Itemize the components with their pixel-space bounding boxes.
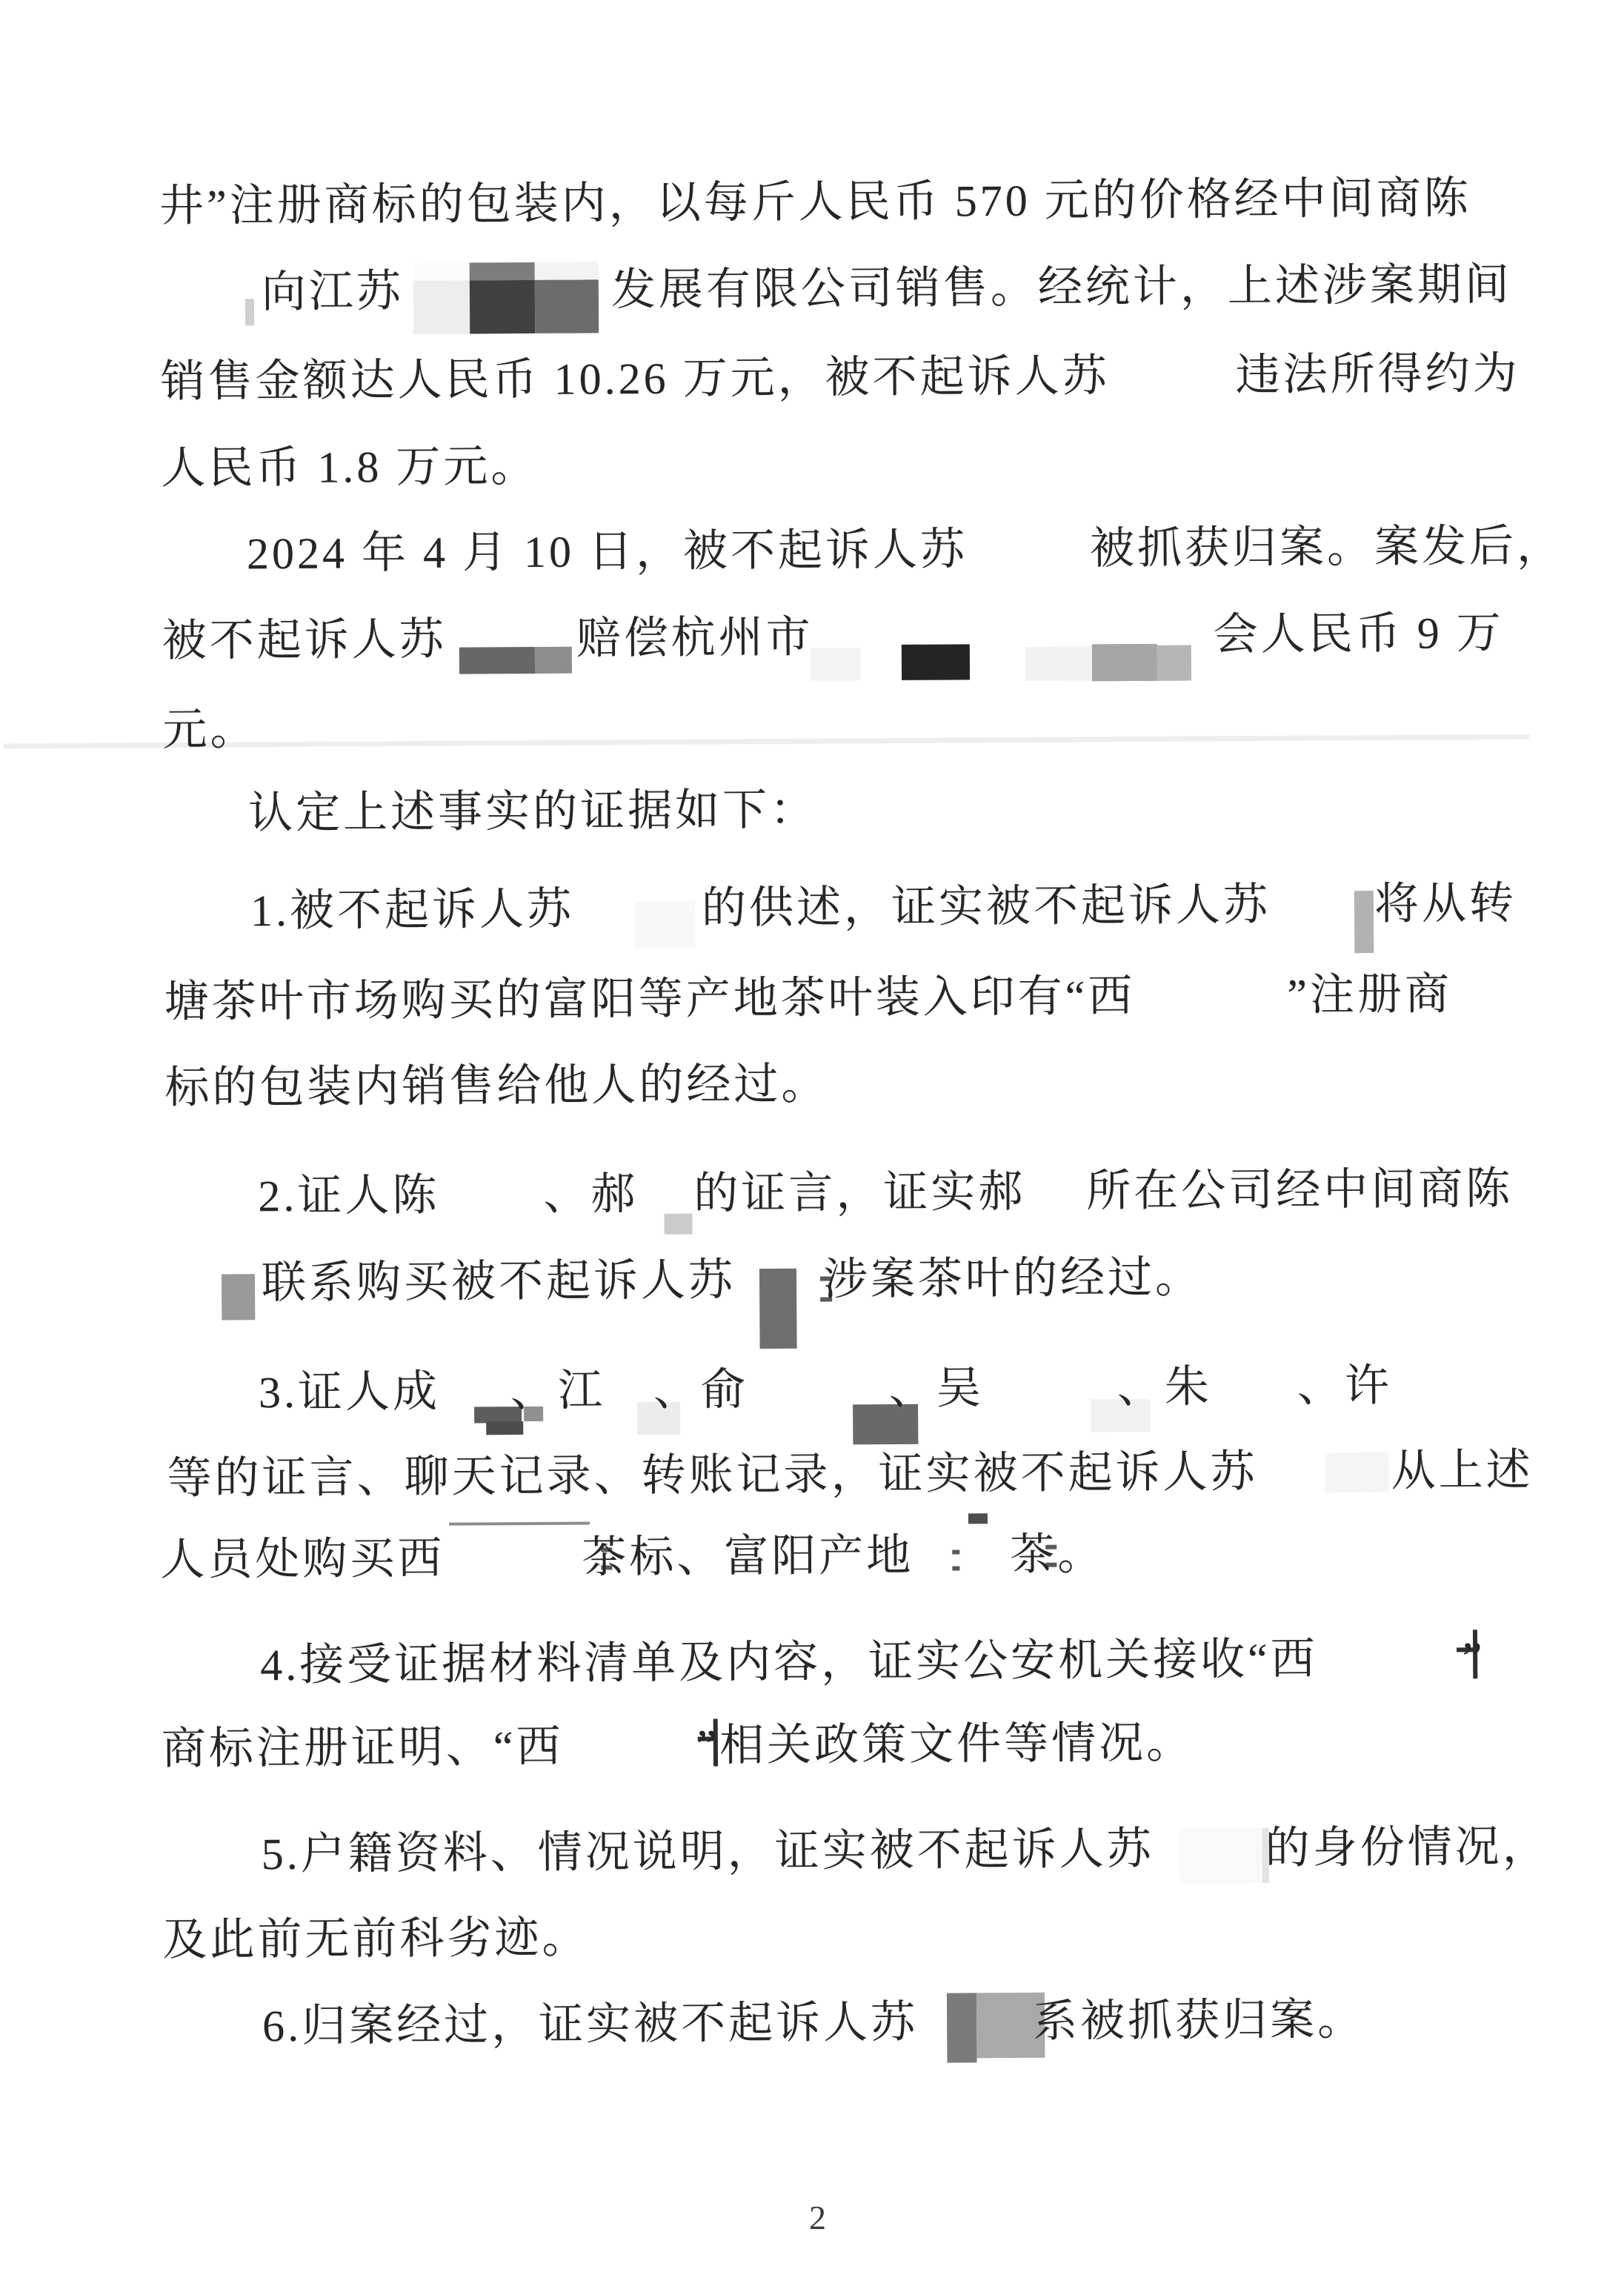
text-run: 元。 <box>162 705 257 754</box>
redaction-gap <box>913 1568 1010 1570</box>
text-run: 从上述 <box>1391 1446 1533 1495</box>
text-run: 会人民币 9 万 <box>1214 608 1504 659</box>
redaction-gap <box>748 1402 889 1404</box>
redaction-gap <box>736 1293 823 1295</box>
text-line: 人员处购买西茶标、富阳产地茶。 <box>160 1528 1105 1586</box>
redaction-gap <box>813 648 1214 651</box>
redaction-gap <box>1258 1484 1391 1487</box>
redaction-gap <box>404 303 611 306</box>
text-line: 2.证人陈、郝的证言，证实郝所在公司经中间商陈 <box>258 1163 1513 1222</box>
text-line: 认定上述事实的证据如下： <box>248 784 817 840</box>
text-run: 4.接受证据材料清单及内容，证实公安机关接收“西 <box>260 1635 1318 1690</box>
text-line: 5.户籍资料、情况说明，证实被不起诉人苏的身份情况， <box>262 1821 1550 1881</box>
text-run: 违法所得约为 <box>1235 349 1520 399</box>
redaction-gap <box>1154 1861 1265 1864</box>
text-run: 、许 <box>1297 1361 1392 1411</box>
text-run: 6.归案经过，证实被不起诉人苏 <box>262 1998 918 2050</box>
text-run: 2.证人陈 <box>258 1171 439 1220</box>
text-run: 联系购买被不起诉人苏 <box>262 1255 736 1307</box>
text-run: 被不起诉人苏 <box>162 615 447 665</box>
partial-character-remnant <box>245 299 254 325</box>
text-run: 及此前无前科劣迹。 <box>162 1913 589 1965</box>
text-run: 、俞 <box>653 1365 748 1415</box>
scan-artifact-line <box>449 1522 590 1526</box>
page-content: 井”注册商标的包装内，以每斤人民币 570 元的价格经中间商陈向江苏发展有限公司… <box>0 0 1624 2295</box>
text-run: 塘茶叶市场购买的富阳等产地茶叶装入印有“西 <box>164 972 1136 1026</box>
text-run: 被抓获归案。案发后， <box>1090 521 1564 573</box>
text-line: 及此前无前科劣迹。 <box>162 1912 589 1967</box>
text-run: 、朱 <box>1117 1362 1212 1412</box>
text-run: 的身份情况， <box>1265 1822 1550 1873</box>
text-line: 6.归案经过，证实被不起诉人苏系被抓获归案。 <box>262 1993 1365 2052</box>
text-run: 销售金额达人民币 10.26 万元，被不起诉人苏 <box>160 351 1109 406</box>
text-run: 5.户籍资料、情况说明，证实被不起诉人苏 <box>262 1824 1154 1879</box>
text-run: 2024 年 4 月 10 日，被不起诉人苏 <box>247 525 968 578</box>
text-run: 井”注册商标的包装内，以每斤人民币 570 元的价格经中间商陈 <box>159 173 1471 230</box>
text-run: 、郝 <box>543 1169 638 1219</box>
pixelated-redaction <box>222 1274 255 1320</box>
text-run: 人民币 1.8 万元。 <box>161 442 538 493</box>
redaction-gap <box>1025 1204 1086 1206</box>
text-run: 3.证人成 <box>259 1367 440 1417</box>
text-run: 标的包装内销售给他人的经过。 <box>164 1060 828 1112</box>
page-number: 2 <box>809 2198 826 2237</box>
text-run: 认定上述事实的证据如下： <box>248 786 817 838</box>
text-line: 2024 年 4 月 10 日，被不起诉人苏被抓获归案。案发后， <box>247 519 1564 579</box>
text-line: 塘茶叶市场购买的富阳等产地茶叶装入印有“西”注册商 <box>164 968 1453 1028</box>
redaction-gap <box>1110 388 1236 391</box>
text-run: 的供述，证实被不起诉人苏 <box>702 880 1271 933</box>
redaction-gap <box>984 1401 1117 1403</box>
text-line: 联系购买被不起诉人苏涉案茶叶的经过。 <box>262 1251 1202 1309</box>
text-run: 人员处购买西 <box>160 1534 445 1584</box>
redaction-gap <box>1318 1671 1462 1673</box>
text-line: 4.接受证据材料清单及内容，证实公安机关接收“西” <box>260 1632 1485 1691</box>
text-run: 发展有限公司销售。经统计，上述涉案期间 <box>611 260 1512 314</box>
redaction-gap <box>1212 1400 1297 1402</box>
text-run: ”注册商 <box>1287 969 1452 1019</box>
redaction-gap <box>918 2035 1033 2037</box>
text-line: 等的证言、聊天记录、转账记录，证实被不起诉人苏从上述 <box>167 1444 1533 1504</box>
text-run: 将从转 <box>1374 879 1517 929</box>
redaction-gap <box>1271 917 1374 920</box>
text-run: 茶标、富阳产地 <box>582 1531 913 1582</box>
text-run: 的证言，证实郝 <box>693 1167 1025 1218</box>
pixelated-redaction <box>486 1421 523 1435</box>
redaction-gap <box>447 652 576 654</box>
text-run: 商标注册证明、“西 <box>162 1722 564 1773</box>
text-run: 茶。 <box>1010 1530 1105 1579</box>
text-run: ”相关政策文件等情况。 <box>696 1718 1194 1770</box>
text-line: 销售金额达人民币 10.26 万元，被不起诉人苏违法所得约为 <box>160 348 1520 408</box>
redaction-gap <box>564 1759 697 1761</box>
redaction-gap <box>605 1404 653 1405</box>
text-run: 、江 <box>510 1366 605 1415</box>
text-line: 被不起诉人苏赔偿杭州市会人民币 9 万 <box>162 607 1504 667</box>
text-run: 等的证言、聊天记录、转账记录，证实被不起诉人苏 <box>167 1447 1257 1503</box>
text-run: 、吴 <box>889 1364 984 1413</box>
redaction-gap <box>638 1207 693 1209</box>
redaction-gap <box>574 922 702 924</box>
text-run: 赔偿杭州市 <box>576 613 813 663</box>
text-run: 1.被不起诉人苏 <box>250 885 574 936</box>
text-run: 系被抓获归案。 <box>1033 1995 1365 2046</box>
text-line: 1.被不起诉人苏的供述，证实被不起诉人苏将从转 <box>250 877 1517 937</box>
redaction-gap <box>1135 1009 1287 1011</box>
redaction-gap <box>445 1571 582 1573</box>
text-line: 商标注册证明、“西”相关政策文件等情况。 <box>162 1717 1194 1776</box>
pixelated-redaction <box>968 1513 988 1524</box>
text-line: 元。 <box>162 703 257 756</box>
redaction-gap <box>968 562 1090 564</box>
text-line: 向江苏发展有限公司销售。经统计，上述涉案期间 <box>262 259 1512 318</box>
text-run: ” <box>1462 1633 1485 1682</box>
text-line: 3.证人成、江、俞、吴、朱、许 <box>259 1360 1392 1418</box>
text-run: 涉案茶叶的经过。 <box>823 1252 1202 1303</box>
redaction-gap <box>440 1404 510 1406</box>
text-run: 所在公司经中间商陈 <box>1086 1164 1513 1216</box>
text-line: 井”注册商标的包装内，以每斤人民币 570 元的价格经中间商陈 <box>159 172 1471 232</box>
scanned-document-page: 井”注册商标的包装内，以每斤人民币 570 元的价格经中间商陈向江苏发展有限公司… <box>0 0 1624 2295</box>
text-line: 标的包装内销售给他人的经过。 <box>164 1058 828 1114</box>
text-line: 人民币 1.8 万元。 <box>161 440 538 494</box>
text-run: 向江苏 <box>262 267 404 316</box>
redaction-gap <box>439 1208 543 1210</box>
